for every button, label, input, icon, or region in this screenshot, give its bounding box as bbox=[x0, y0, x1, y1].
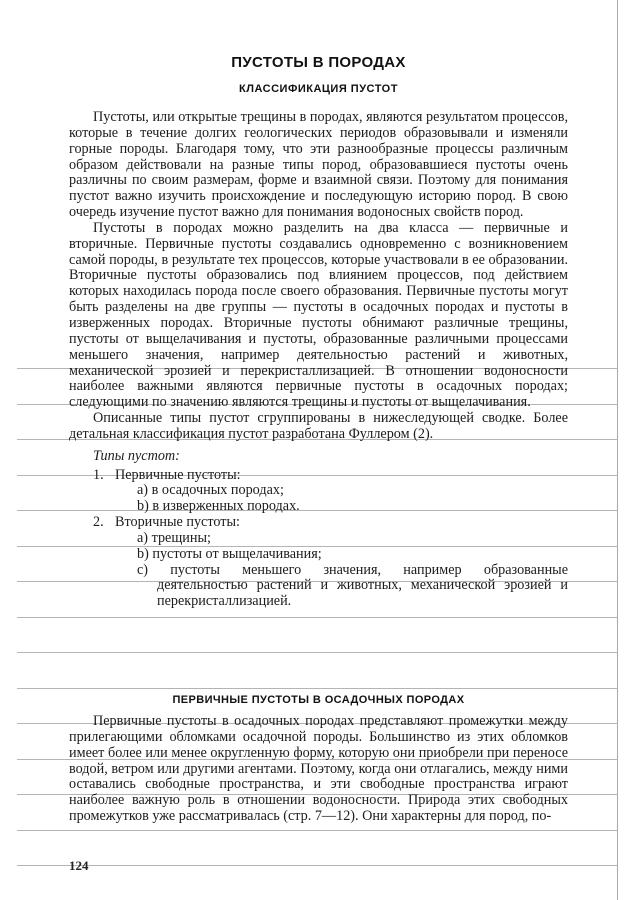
sub-marker: b) bbox=[137, 498, 149, 514]
page-title: ПУСТОТЫ В ПОРОДАХ bbox=[69, 54, 568, 71]
ruled-line bbox=[17, 865, 618, 866]
sub-list-item: b) в изверженных породах. bbox=[137, 499, 568, 515]
list-item: 2.Вторичные пустоты: a) трещины; b) пуст… bbox=[69, 515, 568, 610]
page-number: 124 bbox=[69, 858, 89, 874]
sub-list-item: c) пустоты меньшего значения, например о… bbox=[137, 563, 568, 611]
sub-list-item: b) пустоты от выщелачивания; bbox=[137, 547, 568, 563]
paragraph: Пустоты, или открытые трещины в породах,… bbox=[69, 110, 568, 221]
body-text: Пустоты, или открытые трещины в породах,… bbox=[69, 110, 568, 610]
sub-marker: b) bbox=[137, 546, 149, 562]
list-item: 1.Первичные пустоты: a) в осадочных поро… bbox=[69, 468, 568, 516]
page-edge-line bbox=[617, 0, 618, 900]
sub-text: пустоты от выщелачивания; bbox=[152, 546, 321, 562]
sub-text: трещины; bbox=[152, 530, 211, 546]
ruled-line bbox=[17, 652, 618, 653]
subtitle: КЛАССИФИКАЦИЯ ПУСТОТ bbox=[69, 83, 568, 95]
document-page: ПУСТОТЫ В ПОРОДАХ КЛАССИФИКАЦИЯ ПУСТОТ П… bbox=[0, 0, 636, 900]
sub-list: a) трещины; b) пустоты от выщелачивания;… bbox=[93, 531, 568, 610]
sub-marker: c) bbox=[137, 562, 148, 578]
sub-marker: a) bbox=[137, 530, 148, 546]
sub-marker: a) bbox=[137, 482, 148, 498]
sub-list-item: a) в осадочных породах; bbox=[137, 483, 568, 499]
sub-list: a) в осадочных породах; b) в изверженных… bbox=[93, 483, 568, 515]
paragraph: Пустоты в породах можно разделить на два… bbox=[69, 221, 568, 411]
sub-text: в изверженных породах. bbox=[152, 498, 299, 514]
ruled-line bbox=[17, 617, 618, 618]
types-heading: Типы пустот: bbox=[69, 449, 568, 465]
paragraph: Первичные пустоты в осадочных породах пр… bbox=[69, 714, 568, 825]
section-heading: ПЕРВИЧНЫЕ ПУСТОТЫ В ОСАДОЧНЫХ ПОРОДАХ bbox=[69, 694, 568, 706]
sub-text: в осадочных породах; bbox=[152, 482, 284, 498]
section-body: Первичные пустоты в осадочных породах пр… bbox=[69, 714, 568, 825]
list-number: 1. bbox=[93, 468, 115, 484]
paragraph: Описанные типы пустот сгруппированы в ни… bbox=[69, 411, 568, 443]
ruled-line bbox=[17, 688, 618, 689]
sub-text: пустоты меньшего значения, например обра… bbox=[157, 562, 568, 610]
ruled-line bbox=[17, 830, 618, 831]
list-label: Первичные пустоты: bbox=[115, 467, 241, 483]
sub-list-item: a) трещины; bbox=[137, 531, 568, 547]
types-list: 1.Первичные пустоты: a) в осадочных поро… bbox=[69, 468, 568, 611]
list-label: Вторичные пустоты: bbox=[115, 514, 240, 530]
list-number: 2. bbox=[93, 515, 115, 531]
